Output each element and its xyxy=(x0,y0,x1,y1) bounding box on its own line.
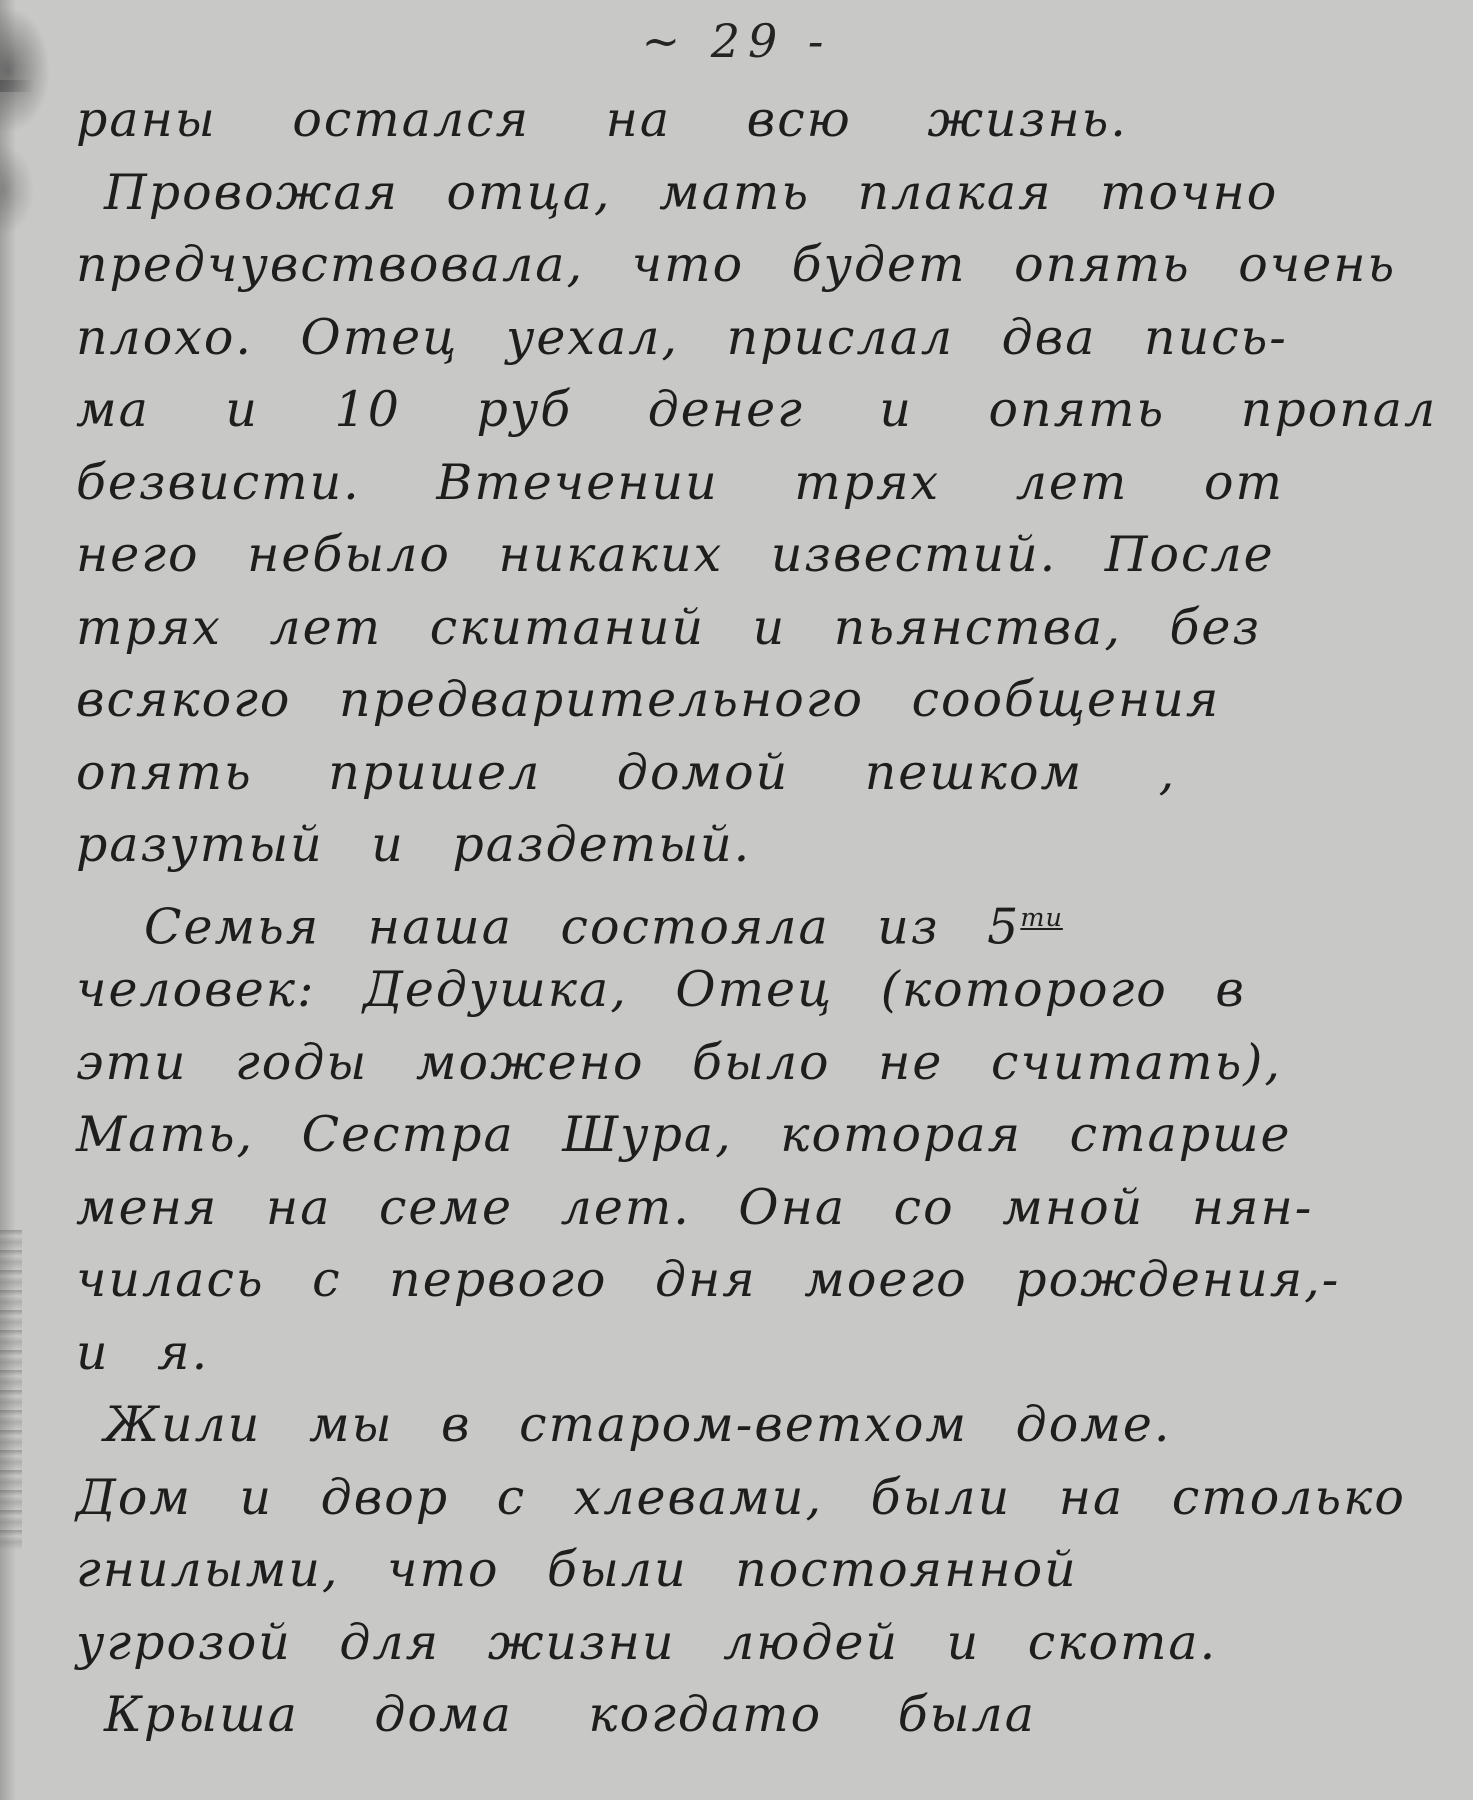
text-line: чилась с первого дня моего рождения,- xyxy=(76,1244,1435,1317)
text-line: трях лет скитаний и пьянства, без xyxy=(76,592,1435,665)
scan-edge-shadow xyxy=(0,0,16,1800)
text-line: угрозой для жизни людей и скота. xyxy=(76,1607,1435,1680)
scan-mark xyxy=(0,80,34,92)
text-line: Мать, Сестра Шура, которая старше xyxy=(76,1099,1435,1172)
text-line: опять пришел домой пешком , xyxy=(76,737,1435,810)
text-line: разутый и раздетый. xyxy=(76,809,1435,882)
text-line: гнилыми, что были постоянной xyxy=(76,1534,1435,1607)
text-line: Крыша дома когдато была xyxy=(76,1679,1435,1752)
text-line: плохо. Отец уехал, прислал два пись- xyxy=(76,302,1435,375)
text-line: раны остался на всю жизнь. xyxy=(76,84,1435,157)
ordinal-superscript: ти xyxy=(1020,903,1063,933)
text-line: Дом и двор с хлевами, были на столько xyxy=(76,1462,1435,1535)
scan-speckles xyxy=(0,1230,22,1550)
text-line: эти годы можено было не считать), xyxy=(76,1027,1435,1100)
text-line: безвисти. Втечении трях лет от xyxy=(76,447,1435,520)
text-line: него небыло никаких известий. После xyxy=(76,519,1435,592)
text-line: предчувствовала, что будет опять очень xyxy=(76,229,1435,302)
text-line: всякого предварительного сообщения xyxy=(76,664,1435,737)
text-line-main: Семья наша состояла из 5 xyxy=(144,898,1020,955)
text-line: Жили мы в старом-ветхом доме. xyxy=(76,1389,1435,1462)
manuscript-text: раны остался на всю жизнь. Провожая отца… xyxy=(76,84,1435,1752)
text-line: человек: Дедушка, Отец (которого в xyxy=(76,954,1435,1027)
page-number: ~ 29 - xyxy=(0,14,1473,68)
manuscript-page: ~ 29 - раны остался на всю жизнь. Провож… xyxy=(0,0,1473,1800)
text-line: и я. xyxy=(76,1317,1435,1390)
text-line: Семья наша состояла из 5ти xyxy=(76,882,1435,955)
text-line: меня на семе лет. Она со мной нян- xyxy=(76,1172,1435,1245)
text-line: Провожая отца, мать плакая точно xyxy=(76,157,1435,230)
text-line: ма и 10 руб денег и опять пропал xyxy=(76,374,1435,447)
